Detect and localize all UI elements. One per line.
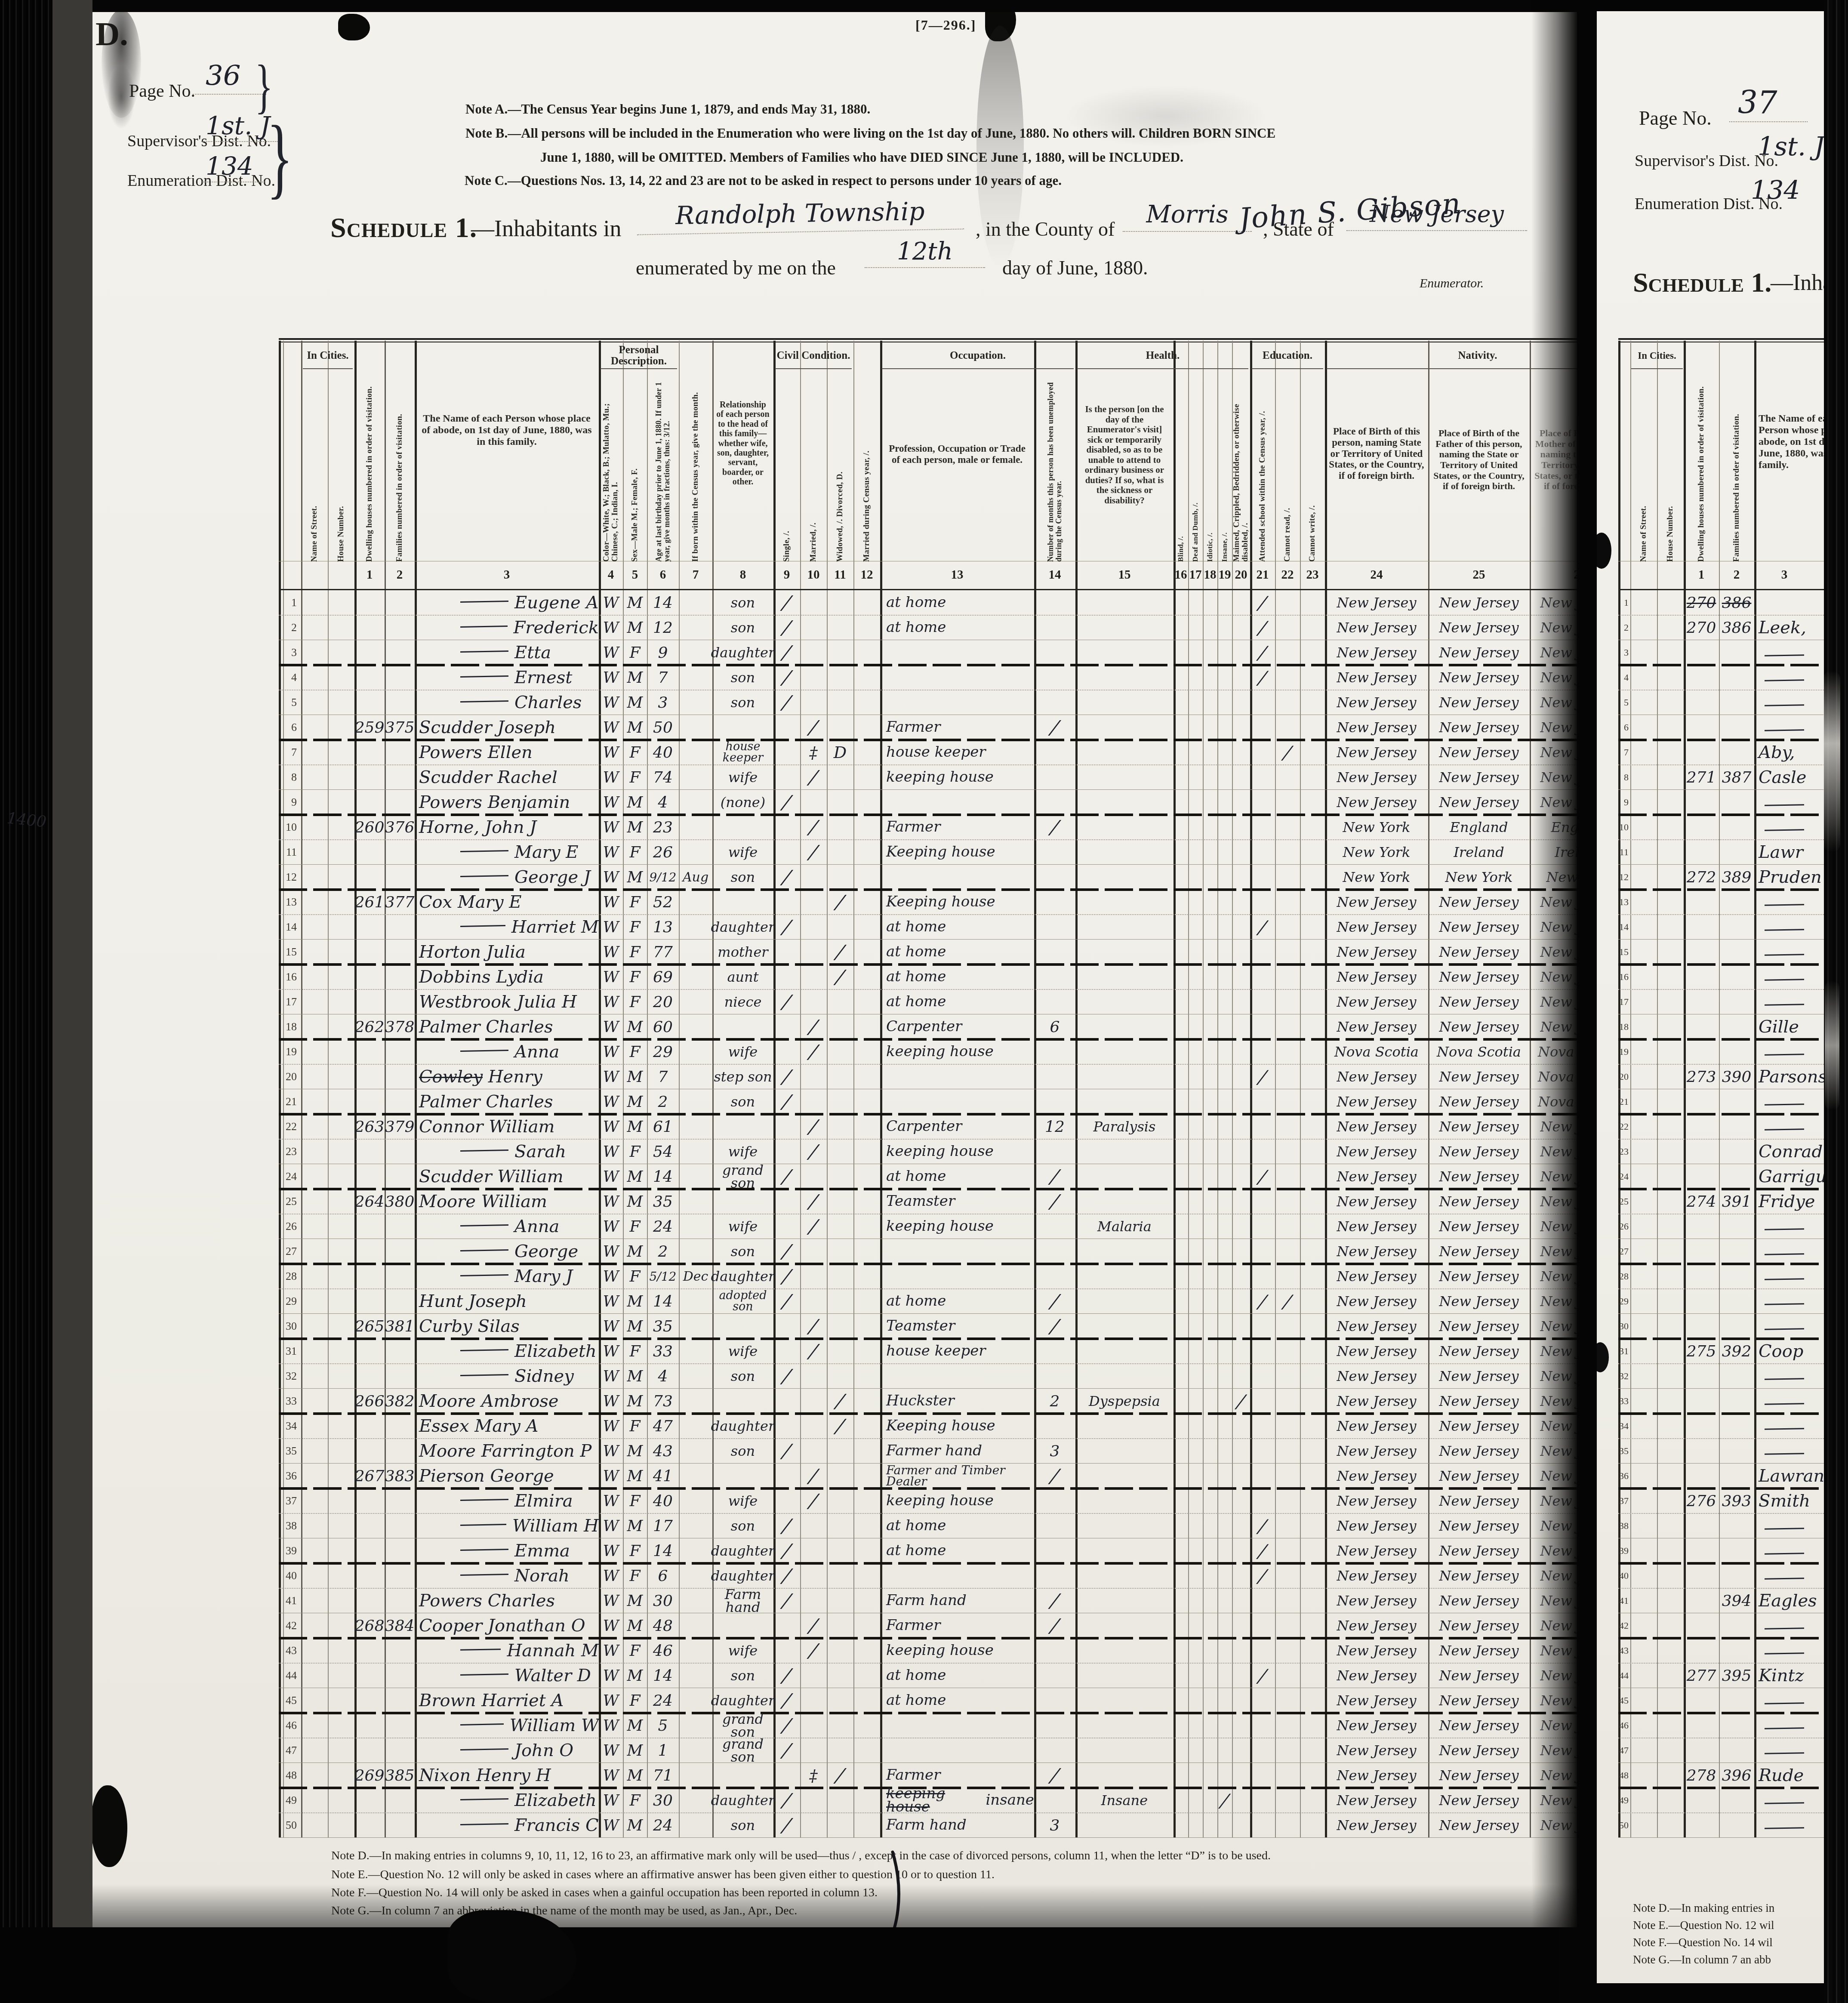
cell-age: 30	[647, 1588, 679, 1613]
cell-fam: 387	[1719, 765, 1754, 790]
cell-rel: niece	[712, 989, 773, 1014]
cell-rel: son	[712, 865, 773, 890]
column-number: 3	[415, 568, 599, 582]
cell-dw: 273	[1684, 1064, 1719, 1089]
table-row: 45	[1618, 1688, 1824, 1713]
cell-pb: New Jersey	[1325, 1588, 1428, 1613]
table-row: 21	[1618, 1089, 1824, 1114]
cell-pf: New Jersey	[1428, 1339, 1530, 1364]
ditto-dash	[460, 1274, 508, 1276]
cell-dw: 264	[354, 1189, 385, 1214]
cell-sex: F	[623, 965, 647, 989]
cell-m14: /	[1031, 1763, 1078, 1788]
ditto-dash	[460, 1748, 508, 1750]
person-name: Norah	[514, 1566, 570, 1586]
row-number: 27	[279, 1245, 297, 1258]
occupation: Carpenter	[886, 1120, 962, 1133]
cell-dw: 260	[354, 815, 385, 840]
table-row: 26AnnaWF24wife/keeping houseMalariaNew J…	[0, 1214, 1580, 1239]
cell-m9: /	[770, 615, 803, 640]
scan-black-bottom	[0, 1927, 1580, 2003]
cell-pf: New Jersey	[1428, 1688, 1530, 1713]
table-row: 50	[1618, 1813, 1824, 1838]
cell-sex: M	[623, 1389, 647, 1414]
cell-col: W	[599, 890, 623, 915]
row-number: 29	[279, 1295, 297, 1308]
cell-col: W	[599, 1788, 623, 1813]
cell-m10: ‡	[800, 1763, 827, 1788]
column-header: Number of months this person has been un…	[1034, 373, 1075, 562]
table-row: 35Moore Farrington PWM43son/Farmer hand3…	[0, 1439, 1580, 1464]
table-top-rule	[1618, 338, 1824, 340]
cell-name: Sidney	[415, 1364, 599, 1389]
cell-pf: New Jersey	[1428, 665, 1530, 690]
cell-m9: /	[770, 1089, 803, 1114]
right-note-0: Note D.—In making entries in	[1633, 1901, 1774, 1915]
cell-name: Scudder Joseph	[415, 715, 599, 740]
row-number: 17	[279, 995, 297, 1008]
row-number: 19	[279, 1045, 297, 1058]
ditto-dash	[1765, 1303, 1804, 1305]
cell-pb: New Jersey	[1325, 1763, 1428, 1788]
cell-name: Elizabeth	[415, 1788, 599, 1813]
cell-rel: daughter	[712, 1688, 773, 1713]
cell-rel: wife	[712, 1039, 773, 1064]
cell-pb: New York	[1325, 865, 1428, 890]
column-header-label: Families numbered in order of visitation…	[1732, 376, 1741, 562]
row-number: 26	[1618, 1221, 1629, 1232]
cell-name: Elizabeth	[415, 1339, 599, 1364]
row-number: 3	[279, 646, 297, 659]
person-name: Francis C	[514, 1815, 599, 1835]
cell-age: 54	[647, 1139, 679, 1164]
cell-sex: M	[623, 715, 647, 740]
cell-col: W	[599, 1064, 623, 1089]
cell-col: W	[599, 1389, 623, 1414]
cell-m11: D	[827, 740, 853, 765]
cell-m9: /	[770, 1563, 803, 1588]
table-row: 43Hannah MWF46wife/keeping houseNew Jers…	[0, 1638, 1580, 1663]
group-header: Education.	[1252, 343, 1323, 369]
table-row: 10	[1618, 815, 1824, 840]
cell-age: 2	[647, 1239, 679, 1264]
cell-rel: adopted son	[712, 1289, 773, 1314]
cell-fam: 391	[1719, 1189, 1754, 1214]
cell-sick: Paralysis	[1075, 1114, 1173, 1139]
cell-age: 1	[647, 1738, 679, 1763]
cell-name: Powers Charles	[415, 1588, 599, 1613]
cell-m9: /	[770, 989, 803, 1014]
row-number: 42	[1618, 1620, 1629, 1631]
cell-dw: 276	[1684, 1488, 1719, 1513]
cell-pf: New Jersey	[1428, 1464, 1530, 1488]
row-number: 22	[1618, 1121, 1629, 1132]
cell-fam: 383	[385, 1464, 415, 1488]
cell-name: Elmira	[415, 1488, 599, 1513]
column-header-label: Families numbered in order of visitation…	[395, 376, 404, 562]
column-header: Place of Birth of the Father of this per…	[1432, 428, 1526, 492]
column-number: 23	[1300, 568, 1325, 582]
cell-age: 13	[647, 915, 679, 940]
cell-age: 9/12	[647, 865, 679, 890]
cell-m10: /	[797, 1339, 830, 1364]
cell-pf: New Jersey	[1428, 590, 1530, 615]
cell-age: 6	[647, 1563, 679, 1588]
cell-col: W	[599, 1014, 623, 1039]
cell-rel: step son	[712, 1064, 773, 1089]
cell-name: Mary J	[415, 1264, 599, 1289]
cell-pb: New Jersey	[1325, 1014, 1428, 1039]
cell-pf: New Jersey	[1428, 1414, 1530, 1439]
column-header-label: House Number.	[1666, 376, 1675, 562]
row-number: 17	[1618, 996, 1629, 1008]
cell-m21: /	[1247, 1563, 1278, 1588]
occupation: Keeping house	[886, 1419, 995, 1433]
cell-occ: Farmer	[880, 715, 1034, 740]
cell-rel: (none)	[712, 790, 773, 815]
cell-pb: New Jersey	[1325, 1364, 1428, 1389]
cell-pb: New Jersey	[1325, 965, 1428, 989]
table-row: 27GeorgeWM2son/New JerseyNew JerseyNew J…	[0, 1239, 1580, 1264]
cell-sex: M	[623, 1613, 647, 1638]
cell-m21: /	[1247, 1538, 1278, 1563]
cell-pb: New Jersey	[1325, 790, 1428, 815]
row-number: 46	[1618, 1720, 1629, 1731]
person-name: Moore Farrington P	[419, 1441, 591, 1461]
ditto-dash	[1765, 1128, 1804, 1131]
cell-rel: aunt	[712, 965, 773, 989]
table-top-rule	[279, 338, 1580, 340]
cell-pf: New Jersey	[1428, 1563, 1530, 1588]
cell-name: Palmer Charles	[415, 1089, 599, 1114]
cell-name: Powers Benjamin	[415, 790, 599, 815]
cell-pf: New Jersey	[1428, 1089, 1530, 1114]
cell-pb: New Jersey	[1325, 940, 1428, 965]
column-header: Families numbered in order of visitation…	[1719, 373, 1754, 562]
cell-pf: Ireland	[1428, 840, 1530, 865]
row-number: 35	[1618, 1445, 1629, 1457]
ditto-dash	[1765, 1253, 1804, 1255]
column-header-label: Number of months this person has been un…	[1047, 376, 1063, 562]
ditto-dash	[1765, 1278, 1804, 1280]
person-name: Dobbins Lydia	[419, 967, 544, 987]
ditto-dash	[460, 1524, 506, 1526]
row-number: 33	[279, 1395, 297, 1408]
ditto-dash	[460, 1149, 508, 1152]
column-header-label: Idiotic, /.	[1206, 376, 1214, 562]
cell-pf: New Jersey	[1428, 915, 1530, 940]
group-header: Occupation.	[882, 343, 1074, 369]
cell-dw: 271	[1684, 765, 1719, 790]
table-row: 15	[1618, 940, 1824, 965]
table-row: 19	[1618, 1039, 1824, 1064]
cell-sex: M	[623, 1064, 647, 1089]
cell-col: W	[599, 1513, 623, 1538]
cell-sex: M	[623, 1663, 647, 1688]
table-row: 5CharlesWM3son/New JerseyNew JerseyNew J…	[0, 690, 1580, 715]
row-number: 19	[1618, 1046, 1629, 1057]
person-name: Powers Benjamin	[419, 792, 570, 812]
occupation: Keeping house	[886, 845, 995, 859]
cell-age: 71	[647, 1763, 679, 1788]
table-row: 46	[1618, 1713, 1824, 1738]
row-number: 9	[279, 796, 297, 809]
cell-age: 24	[647, 1688, 679, 1713]
cell-col: W	[599, 1563, 623, 1588]
cell-m14: 3	[1034, 1813, 1075, 1838]
cell-sex: M	[623, 1588, 647, 1613]
column-header-label: Maimed, Crippled, Bedridden, or otherwis…	[1232, 376, 1250, 562]
table-row: 30265381Curby SilasWM35/Teamster/New Jer…	[0, 1314, 1580, 1339]
ditto-dash	[1765, 1228, 1804, 1230]
cell-m14: /	[1031, 1189, 1078, 1214]
row-number: 31	[279, 1345, 297, 1358]
occupation: house keeper	[886, 1344, 986, 1358]
column-header: Married during Census year, /.	[853, 373, 880, 562]
cell-pb: Nova Scotia	[1325, 1039, 1428, 1064]
column-number: 7	[679, 568, 712, 582]
person-name: Connor William	[419, 1117, 555, 1137]
person-name: Elizabeth	[514, 1790, 597, 1810]
cell-name: Curby Silas	[415, 1314, 599, 1339]
cell-age: 24	[647, 1214, 679, 1239]
cell-col: W	[599, 1663, 623, 1688]
cell-pb: New Jersey	[1325, 1613, 1428, 1638]
ditto-dash	[460, 675, 508, 678]
column-header: Blind, /.	[1173, 373, 1188, 562]
table-row: 3EttaWF9daughter//New JerseyNew JerseyNe…	[0, 640, 1580, 665]
occupation: insane	[986, 1793, 1034, 1807]
cell-name: Scudder William	[415, 1164, 599, 1189]
table-row: 44Walter DWM14son/at home/New JerseyNew …	[0, 1663, 1580, 1688]
cell-age: 23	[647, 815, 679, 840]
column-header-label: Dwelling houses numbered in order of vis…	[1697, 376, 1706, 562]
cell-m14: /	[1031, 1613, 1078, 1638]
column-header: Place of Birth of this person, naming St…	[1328, 426, 1425, 481]
cell-age: 29	[647, 1039, 679, 1064]
cell-pf: New Jersey	[1428, 1264, 1530, 1289]
row-number: 30	[279, 1320, 297, 1333]
cell-name: Palmer Charles	[415, 1014, 599, 1039]
cell-dw: 269	[354, 1763, 385, 1788]
cell-age: 20	[647, 989, 679, 1014]
table-row: 24Scudder WilliamWM14grand son/at home//…	[0, 1164, 1580, 1189]
row-number: 38	[1618, 1520, 1629, 1532]
ditto-dash	[1765, 1428, 1804, 1430]
cell-sex: F	[623, 1139, 647, 1164]
cell-rel: son	[712, 1239, 773, 1264]
ditto-dash	[460, 1798, 508, 1800]
row-number: 45	[279, 1694, 297, 1707]
column-header-label: House Number.	[337, 376, 345, 562]
column-header-label: Deaf and Dumb, /.	[1192, 376, 1199, 562]
cell-pf: New Jersey	[1428, 1389, 1530, 1414]
ditto-dash	[460, 1349, 508, 1351]
cell-mo: Aug	[679, 865, 712, 890]
occupation: at home	[886, 596, 946, 609]
cell-pb: New Jersey	[1325, 765, 1428, 790]
ditto-dash	[1765, 729, 1804, 731]
row-number: 44	[279, 1669, 297, 1682]
cell-fam: 392	[1719, 1339, 1754, 1364]
cell-sex: M	[623, 1738, 647, 1763]
cell-col: W	[599, 1763, 623, 1788]
cell-name: Dobbins Lydia	[415, 965, 599, 989]
table-row: 21Palmer CharlesWM2son/New JerseyNew Jer…	[0, 1089, 1580, 1114]
column-header: Deaf and Dumb, /.	[1188, 373, 1203, 562]
cell-pf: New Jersey	[1428, 890, 1530, 915]
column-header-label: Cannot read, /.	[1283, 376, 1292, 562]
cell-mo: Dec	[679, 1264, 712, 1289]
column-header: Is the person [on the day of the Enumera…	[1079, 404, 1170, 505]
cell-occ: at home	[880, 1289, 1034, 1314]
column-header: Color—White, W.; Black, B.; Mulatto, Mu.…	[599, 373, 623, 562]
table-row: 12272389Pruden	[1618, 865, 1824, 890]
ditto-dash	[1765, 1553, 1804, 1555]
row-number: 47	[279, 1744, 297, 1757]
person-name: Etta	[514, 643, 551, 663]
cell-rel: grand son	[712, 1713, 773, 1738]
cell-pf: New Jersey	[1428, 1314, 1530, 1339]
header-number-rule	[279, 561, 1580, 561]
table-row: 5	[1618, 690, 1824, 715]
column-number: 12	[853, 568, 880, 582]
cell-m10: /	[797, 1638, 830, 1663]
ditto-dash	[1765, 904, 1804, 906]
cell-occ: Keeping house	[880, 890, 1034, 915]
cell-name: Brown Harriet A	[415, 1688, 599, 1713]
person-name: Horne, John J	[419, 817, 536, 837]
group-header: Health.	[1077, 343, 1248, 369]
cell-occ: Farmer	[880, 1763, 1034, 1788]
cell-age: 4	[647, 790, 679, 815]
row-number: 8	[279, 771, 297, 784]
table-row: 28	[1618, 1264, 1824, 1289]
cell-name: Cox Mary E	[415, 890, 599, 915]
ditto-dash	[1765, 979, 1804, 981]
table-row: 25274391Fridye	[1618, 1189, 1824, 1214]
column-header: Profession, Occupation or Trade of each …	[884, 443, 1031, 465]
table-row: 42	[1618, 1613, 1824, 1638]
table-row: 4ErnestWM7son//New JerseyNew JerseyNew J…	[0, 665, 1580, 690]
cell-age: 5/12	[647, 1264, 679, 1289]
table-row: 20273390Parsons	[1618, 1064, 1824, 1089]
cell-m10: /	[797, 1014, 830, 1039]
ditto-dash	[460, 1673, 508, 1676]
cell-col: W	[599, 1364, 623, 1389]
column-number: 21	[1250, 568, 1275, 582]
cell-rel: daughter	[712, 1538, 773, 1563]
cell-m9: /	[770, 1788, 803, 1813]
person-name: Hannah M	[507, 1641, 599, 1661]
cell-age: 60	[647, 1014, 679, 1039]
table-row: 32SidneyWM4son/New JerseyNew JerseyNew J…	[0, 1364, 1580, 1389]
cell-pb: New Jersey	[1325, 1064, 1428, 1089]
cell-name: John O	[415, 1738, 599, 1763]
table-row: 33	[1618, 1389, 1824, 1414]
column-number: 9	[773, 568, 800, 582]
table-row: 39	[1618, 1538, 1824, 1563]
cell-pb: New Jersey	[1325, 1164, 1428, 1189]
cell-dw: 261	[354, 890, 385, 915]
row-number: 48	[279, 1769, 297, 1782]
row-number: 5	[279, 696, 297, 709]
table-row: 40	[1618, 1563, 1824, 1588]
cell-m14: 12	[1034, 1114, 1075, 1139]
occupation: at home	[886, 1669, 946, 1682]
column-number: 19	[1217, 568, 1232, 582]
cell-occ: at home	[880, 1688, 1034, 1713]
cell-m10: /	[797, 815, 830, 840]
cell-age: 52	[647, 890, 679, 915]
cell-m9: /	[770, 590, 803, 615]
cell-pb: New Jersey	[1325, 989, 1428, 1014]
ditto-dash	[1765, 1103, 1804, 1106]
table-row: 16Dobbins LydiaWF69aunt/at homeNew Jerse…	[0, 965, 1580, 989]
row-number: 35	[279, 1445, 297, 1458]
cell-m9: /	[770, 1663, 803, 1688]
cell-pb: New Jersey	[1325, 1214, 1428, 1239]
struck-name: Cowley	[419, 1067, 483, 1087]
table-row: 7Powers EllenWF40house keeper‡Dhouse kee…	[0, 740, 1580, 765]
cell-sex: F	[623, 1414, 647, 1439]
cell-rel: mother	[712, 940, 773, 965]
cell-rel: grand son	[712, 1738, 773, 1763]
table-row: 13	[1618, 890, 1824, 915]
column-header: Name of Street.	[1630, 373, 1657, 562]
row-number: 9	[1618, 797, 1629, 808]
table-row: 14	[1618, 915, 1824, 940]
cell-rel: wife	[712, 765, 773, 790]
cell-occ: keeping house insane	[880, 1788, 1034, 1813]
row-number: 39	[279, 1544, 297, 1557]
cell-pf: New Jersey	[1428, 715, 1530, 740]
ditto-dash	[1765, 1652, 1804, 1655]
row-number: 20	[1618, 1071, 1629, 1082]
cell-occ: Farmer and Timber Dealer	[880, 1464, 1034, 1488]
row-number: 44	[1618, 1670, 1629, 1681]
cell-occ: keeping house	[880, 1488, 1034, 1513]
cell-name: George J	[415, 865, 599, 890]
row-number: 16	[279, 971, 297, 983]
cell-age: 17	[647, 1513, 679, 1538]
occupation: Farmer	[886, 1619, 940, 1632]
occupation: Farmer	[886, 1769, 940, 1782]
table-row: 11Mary EWF26wife/Keeping houseNew YorkIr…	[0, 840, 1580, 865]
ditto-dash	[1765, 929, 1804, 931]
row-number: 1	[1618, 597, 1629, 608]
cell-m21: /	[1247, 1164, 1278, 1189]
ditto-dash	[1765, 1802, 1804, 1804]
cell-pb: New Jersey	[1325, 1688, 1428, 1713]
cell-fam: 393	[1719, 1488, 1754, 1513]
cell-pf: New Jersey	[1428, 1638, 1530, 1663]
ditto-dash	[1765, 1528, 1804, 1530]
cell-name: Harriet M	[415, 915, 599, 940]
cell-col: W	[599, 765, 623, 790]
cell-col: W	[599, 865, 623, 890]
table-row: 3	[1618, 640, 1824, 665]
cell-sex: F	[623, 740, 647, 765]
cell-pf: New Jersey	[1428, 615, 1530, 640]
cell-m21: /	[1247, 915, 1278, 940]
cell-rel: wife	[712, 1214, 773, 1239]
cell-pb: New Jersey	[1325, 1189, 1428, 1214]
row-number: 20	[279, 1070, 297, 1083]
cell-m11: /	[824, 965, 856, 989]
cell-fam: 376	[385, 815, 415, 840]
cell-name: Frederick	[415, 615, 599, 640]
